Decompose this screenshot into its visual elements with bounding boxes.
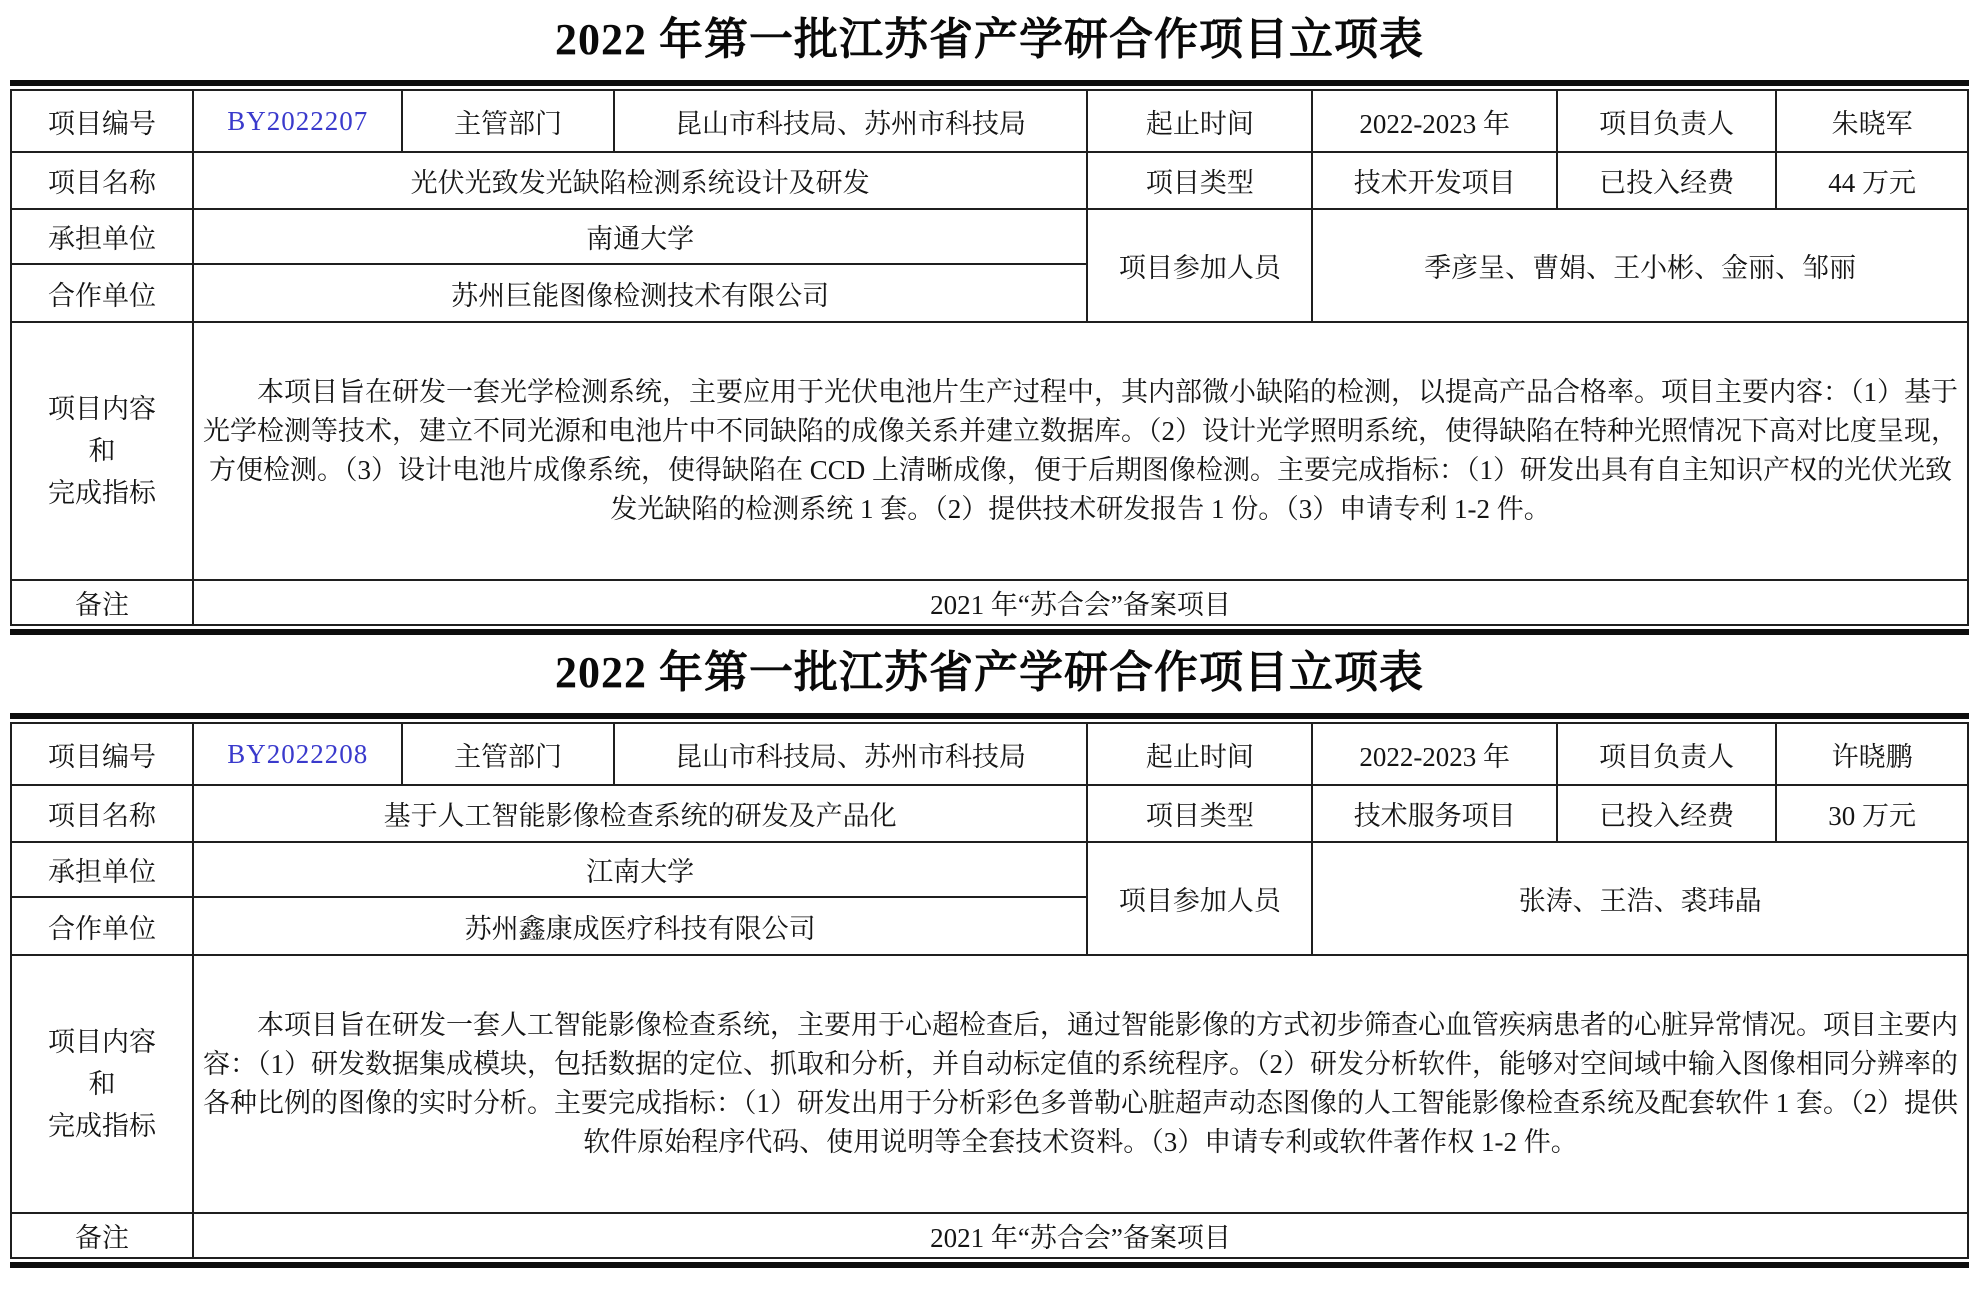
project-name-label: 项目名称 bbox=[11, 152, 193, 209]
table-row: 承担单位 江南大学 项目参加人员 张涛、王浩、裘玮晶 bbox=[11, 842, 1968, 897]
document-title: 2022 年第一批江苏省产学研合作项目立项表 bbox=[10, 14, 1969, 66]
table-row: 项目编号 BY2022207 主管部门 昆山市科技局、苏州市科技局 起止时间 2… bbox=[11, 90, 1968, 152]
content-label-line: 完成指标 bbox=[18, 1105, 186, 1147]
content-paragraph: 本项目旨在研发一套光学检测系统，主要应用于光伏电池片生产过程中，其内部微小缺陷的… bbox=[200, 373, 1961, 529]
table-row: 项目名称 光伏光致发光缺陷检测系统设计及研发 项目类型 技术开发项目 已投入经费… bbox=[11, 152, 1968, 209]
duration-label: 起止时间 bbox=[1087, 90, 1312, 152]
remark-label: 备注 bbox=[11, 580, 193, 625]
authority-value: 昆山市科技局、苏州市科技局 bbox=[614, 723, 1088, 785]
project-type-value: 技术开发项目 bbox=[1312, 152, 1557, 209]
document-title: 2022 年第一批江苏省产学研合作项目立项表 bbox=[10, 647, 1969, 699]
content-value: 本项目旨在研发一套人工智能影像检查系统，主要用于心超检查后，通过智能影像的方式初… bbox=[193, 955, 1968, 1213]
project-type-label: 项目类型 bbox=[1087, 152, 1312, 209]
content-label-line: 和 bbox=[18, 1063, 186, 1105]
funding-value: 44 万元 bbox=[1776, 152, 1968, 209]
partner-label: 合作单位 bbox=[11, 897, 193, 955]
duration-label: 起止时间 bbox=[1087, 723, 1312, 785]
remark-label: 备注 bbox=[11, 1213, 193, 1258]
undertaker-label: 承担单位 bbox=[11, 842, 193, 897]
leader-label: 项目负责人 bbox=[1557, 90, 1776, 152]
content-label-line: 完成指标 bbox=[18, 472, 186, 514]
funding-label: 已投入经费 bbox=[1557, 785, 1776, 842]
content-label: 项目内容 和 完成指标 bbox=[11, 955, 193, 1213]
remark-value: 2021 年“苏合会”备案项目 bbox=[193, 580, 1968, 625]
funding-value: 30 万元 bbox=[1776, 785, 1968, 842]
leader-label: 项目负责人 bbox=[1557, 723, 1776, 785]
table-row: 备注 2021 年“苏合会”备案项目 bbox=[11, 1213, 1968, 1258]
project-type-label: 项目类型 bbox=[1087, 785, 1312, 842]
undertaker-value: 江南大学 bbox=[193, 842, 1087, 897]
heavy-rule-bottom bbox=[10, 1262, 1969, 1268]
table-row: 项目编号 BY2022208 主管部门 昆山市科技局、苏州市科技局 起止时间 2… bbox=[11, 723, 1968, 785]
project-id-value: BY2022208 bbox=[193, 723, 402, 785]
authority-label: 主管部门 bbox=[402, 90, 613, 152]
heavy-rule-top bbox=[10, 713, 1969, 719]
remark-value: 2021 年“苏合会”备案项目 bbox=[193, 1213, 1968, 1258]
partner-value: 苏州巨能图像检测技术有限公司 bbox=[193, 264, 1087, 322]
duration-value: 2022-2023 年 bbox=[1312, 90, 1557, 152]
heavy-rule-bottom bbox=[10, 629, 1969, 635]
project-name-label: 项目名称 bbox=[11, 785, 193, 842]
project-id-value: BY2022207 bbox=[193, 90, 402, 152]
content-label: 项目内容 和 完成指标 bbox=[11, 322, 193, 580]
participants-label: 项目参加人员 bbox=[1087, 209, 1312, 322]
content-label-line: 和 bbox=[18, 430, 186, 472]
authority-value: 昆山市科技局、苏州市科技局 bbox=[614, 90, 1088, 152]
project-id-label: 项目编号 bbox=[11, 90, 193, 152]
undertaker-label: 承担单位 bbox=[11, 209, 193, 264]
leader-value: 许晓鹏 bbox=[1776, 723, 1968, 785]
content-value: 本项目旨在研发一套光学检测系统，主要应用于光伏电池片生产过程中，其内部微小缺陷的… bbox=[193, 322, 1968, 580]
project-type-value: 技术服务项目 bbox=[1312, 785, 1557, 842]
leader-value: 朱晓军 bbox=[1776, 90, 1968, 152]
table-row: 项目内容 和 完成指标 本项目旨在研发一套光学检测系统，主要应用于光伏电池片生产… bbox=[11, 322, 1968, 580]
project-name-value: 基于人工智能影像检查系统的研发及产品化 bbox=[193, 785, 1087, 842]
participants-value: 季彦呈、曹娟、王小彬、金丽、邹丽 bbox=[1312, 209, 1968, 322]
funding-label: 已投入经费 bbox=[1557, 152, 1776, 209]
authority-label: 主管部门 bbox=[402, 723, 613, 785]
content-paragraph: 本项目旨在研发一套人工智能影像检查系统，主要用于心超检查后，通过智能影像的方式初… bbox=[200, 1006, 1961, 1162]
project-table-2: 项目编号 BY2022208 主管部门 昆山市科技局、苏州市科技局 起止时间 2… bbox=[10, 722, 1969, 1259]
table-row: 项目名称 基于人工智能影像检查系统的研发及产品化 项目类型 技术服务项目 已投入… bbox=[11, 785, 1968, 842]
participants-label: 项目参加人员 bbox=[1087, 842, 1312, 955]
heavy-rule-top bbox=[10, 80, 1969, 86]
project-id-label: 项目编号 bbox=[11, 723, 193, 785]
project-table-1: 项目编号 BY2022207 主管部门 昆山市科技局、苏州市科技局 起止时间 2… bbox=[10, 89, 1969, 626]
content-label-line: 项目内容 bbox=[18, 1021, 186, 1063]
undertaker-value: 南通大学 bbox=[193, 209, 1087, 264]
project-name-value: 光伏光致发光缺陷检测系统设计及研发 bbox=[193, 152, 1087, 209]
partner-value: 苏州鑫康成医疗科技有限公司 bbox=[193, 897, 1087, 955]
table-row: 项目内容 和 完成指标 本项目旨在研发一套人工智能影像检查系统，主要用于心超检查… bbox=[11, 955, 1968, 1213]
table-row: 承担单位 南通大学 项目参加人员 季彦呈、曹娟、王小彬、金丽、邹丽 bbox=[11, 209, 1968, 264]
participants-value: 张涛、王浩、裘玮晶 bbox=[1312, 842, 1968, 955]
partner-label: 合作单位 bbox=[11, 264, 193, 322]
table-row: 备注 2021 年“苏合会”备案项目 bbox=[11, 580, 1968, 625]
content-label-line: 项目内容 bbox=[18, 388, 186, 430]
duration-value: 2022-2023 年 bbox=[1312, 723, 1557, 785]
